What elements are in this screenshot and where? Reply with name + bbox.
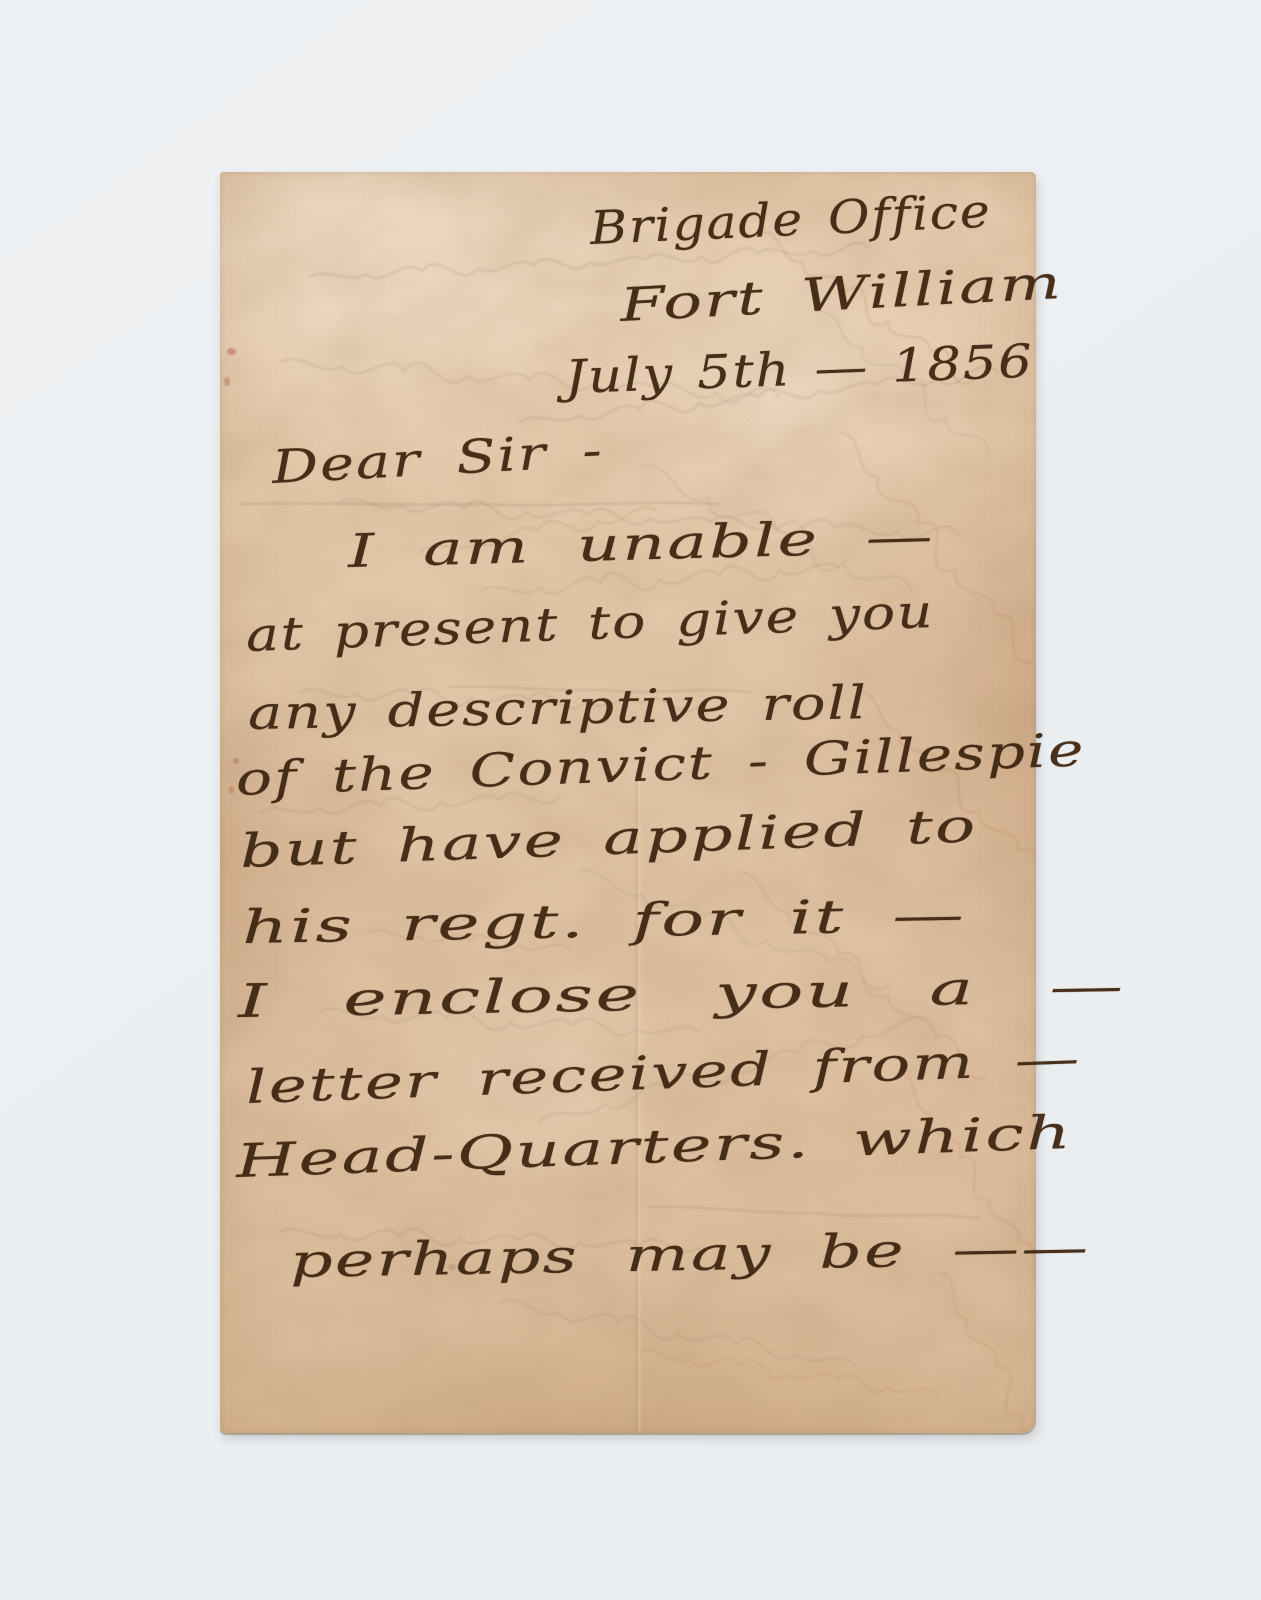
body-line: perhaps may be —— — [290, 1224, 1091, 1284]
fold-crease — [634, 772, 642, 1433]
salutation: Dear Sir - — [271, 427, 605, 490]
letter-scan-backdrop: Brigade Office Fort William July 5th — 1… — [0, 0, 1261, 1600]
ink-stain-spot — [224, 377, 230, 386]
letter-paper: Brigade Office Fort William July 5th — 1… — [220, 172, 1036, 1433]
body-line: but have applied to — [239, 802, 978, 874]
ink-stain-spot — [227, 348, 236, 355]
body-line: I enclose you a — — [238, 963, 1126, 1024]
body-line: I am unable — — [347, 513, 935, 574]
letterhead-office: Brigade Office — [589, 188, 992, 251]
letterhead-date: July 5th — 1856 — [564, 338, 1034, 400]
body-line: Head-Quarters. which — [235, 1109, 1073, 1184]
body-line: letter received from — — [245, 1035, 1082, 1110]
body-line: at present to give you — [245, 588, 935, 658]
letterhead-place: Fort William — [619, 259, 1064, 328]
ink-stain-spot — [229, 786, 234, 794]
body-line: any descriptive roll — [248, 679, 869, 736]
body-line: his regt. for it — — [242, 891, 967, 950]
